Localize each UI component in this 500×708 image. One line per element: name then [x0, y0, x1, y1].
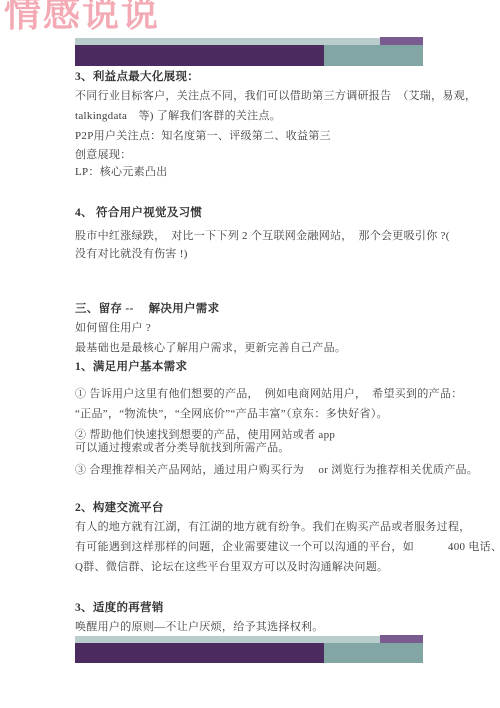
footer-bar-dark-purple [75, 643, 324, 663]
doc-line: LP：核心元素凸出 [75, 166, 168, 179]
footer-bar-light-teal [75, 636, 380, 643]
doc-line: 最基础也是最核心了解用户需求，更新完善自己产品。 [75, 342, 346, 355]
doc-line: P2P用户关注点：知名度第一、评级第二、收益第三 [75, 130, 331, 143]
doc-line: 如何留住用户 ? [75, 322, 151, 335]
doc-line: talkingdata 等) 了解我们客群的关注点。 [75, 110, 281, 123]
section-heading: 4、 符合用户视觉及习惯 [75, 207, 202, 220]
doc-line: 不同行业目标客户，关注点不同，我们可以借助第三方调研报告 （艾瑞，易观， [75, 90, 476, 103]
header-bar-teal [324, 45, 423, 66]
document-page: 情感说说 3、利益点最大化展现： 不同行业目标客户，关注点不同，我们可以借助第三… [0, 0, 500, 708]
section-heading: 1、满足用户基本需求 [75, 361, 187, 374]
doc-line: ③ 合理推荐相关产品网站，通过用户购买行为 or 浏览行为推荐相关优质产品。 [75, 464, 478, 477]
doc-line: ① 告诉用户这里有他们想要的产品， 例如电商网站用户， 希望买到的产品： [75, 388, 463, 401]
doc-line: 创意展现： [75, 149, 132, 162]
doc-line: “正品”，“物流快”，“全网底价”“产品丰富”（京东：多快好省）。 [75, 408, 388, 421]
header-bar-dark-purple [75, 45, 324, 66]
doc-line: 唤醒用户的原则—不让户厌烦，给予其选择权利。 [75, 621, 324, 634]
doc-line: ② 帮助他们快速找到想要的产品，使用网站或者 app [75, 429, 335, 442]
doc-line: 没有对比就没有伤害 !) [75, 248, 188, 261]
doc-line: 可以通过搜索或者分类导航找到所需产品。 [75, 442, 290, 455]
doc-line: 股市中红涨绿跌， 对比一下下列 2 个互联网金融网站， 那个会更吸引你 ?( [75, 230, 450, 243]
header-bar-light-teal [75, 38, 380, 45]
footer-bar-teal [324, 643, 423, 663]
section-heading: 三、留存 -- 解决用户需求 [75, 303, 219, 316]
section-heading: 3、利益点最大化展现： [75, 71, 199, 84]
doc-line: 有人的地方就有江湖，有江湖的地方就有纷争。我们在购买产品或者服务过程， [75, 521, 471, 534]
doc-line: 有可能遇到这样那样的问题，企业需要建议一个可以沟通的平台，如 400 电话、 [75, 541, 500, 554]
section-heading: 3、适度的再营销 [75, 602, 164, 615]
section-heading: 2、构建交流平台 [75, 502, 164, 515]
site-watermark: 情感说说 [4, 0, 160, 37]
doc-line: Q群、微信群、论坛在这些平台里双方可以及时沟通解决问题。 [75, 561, 388, 574]
